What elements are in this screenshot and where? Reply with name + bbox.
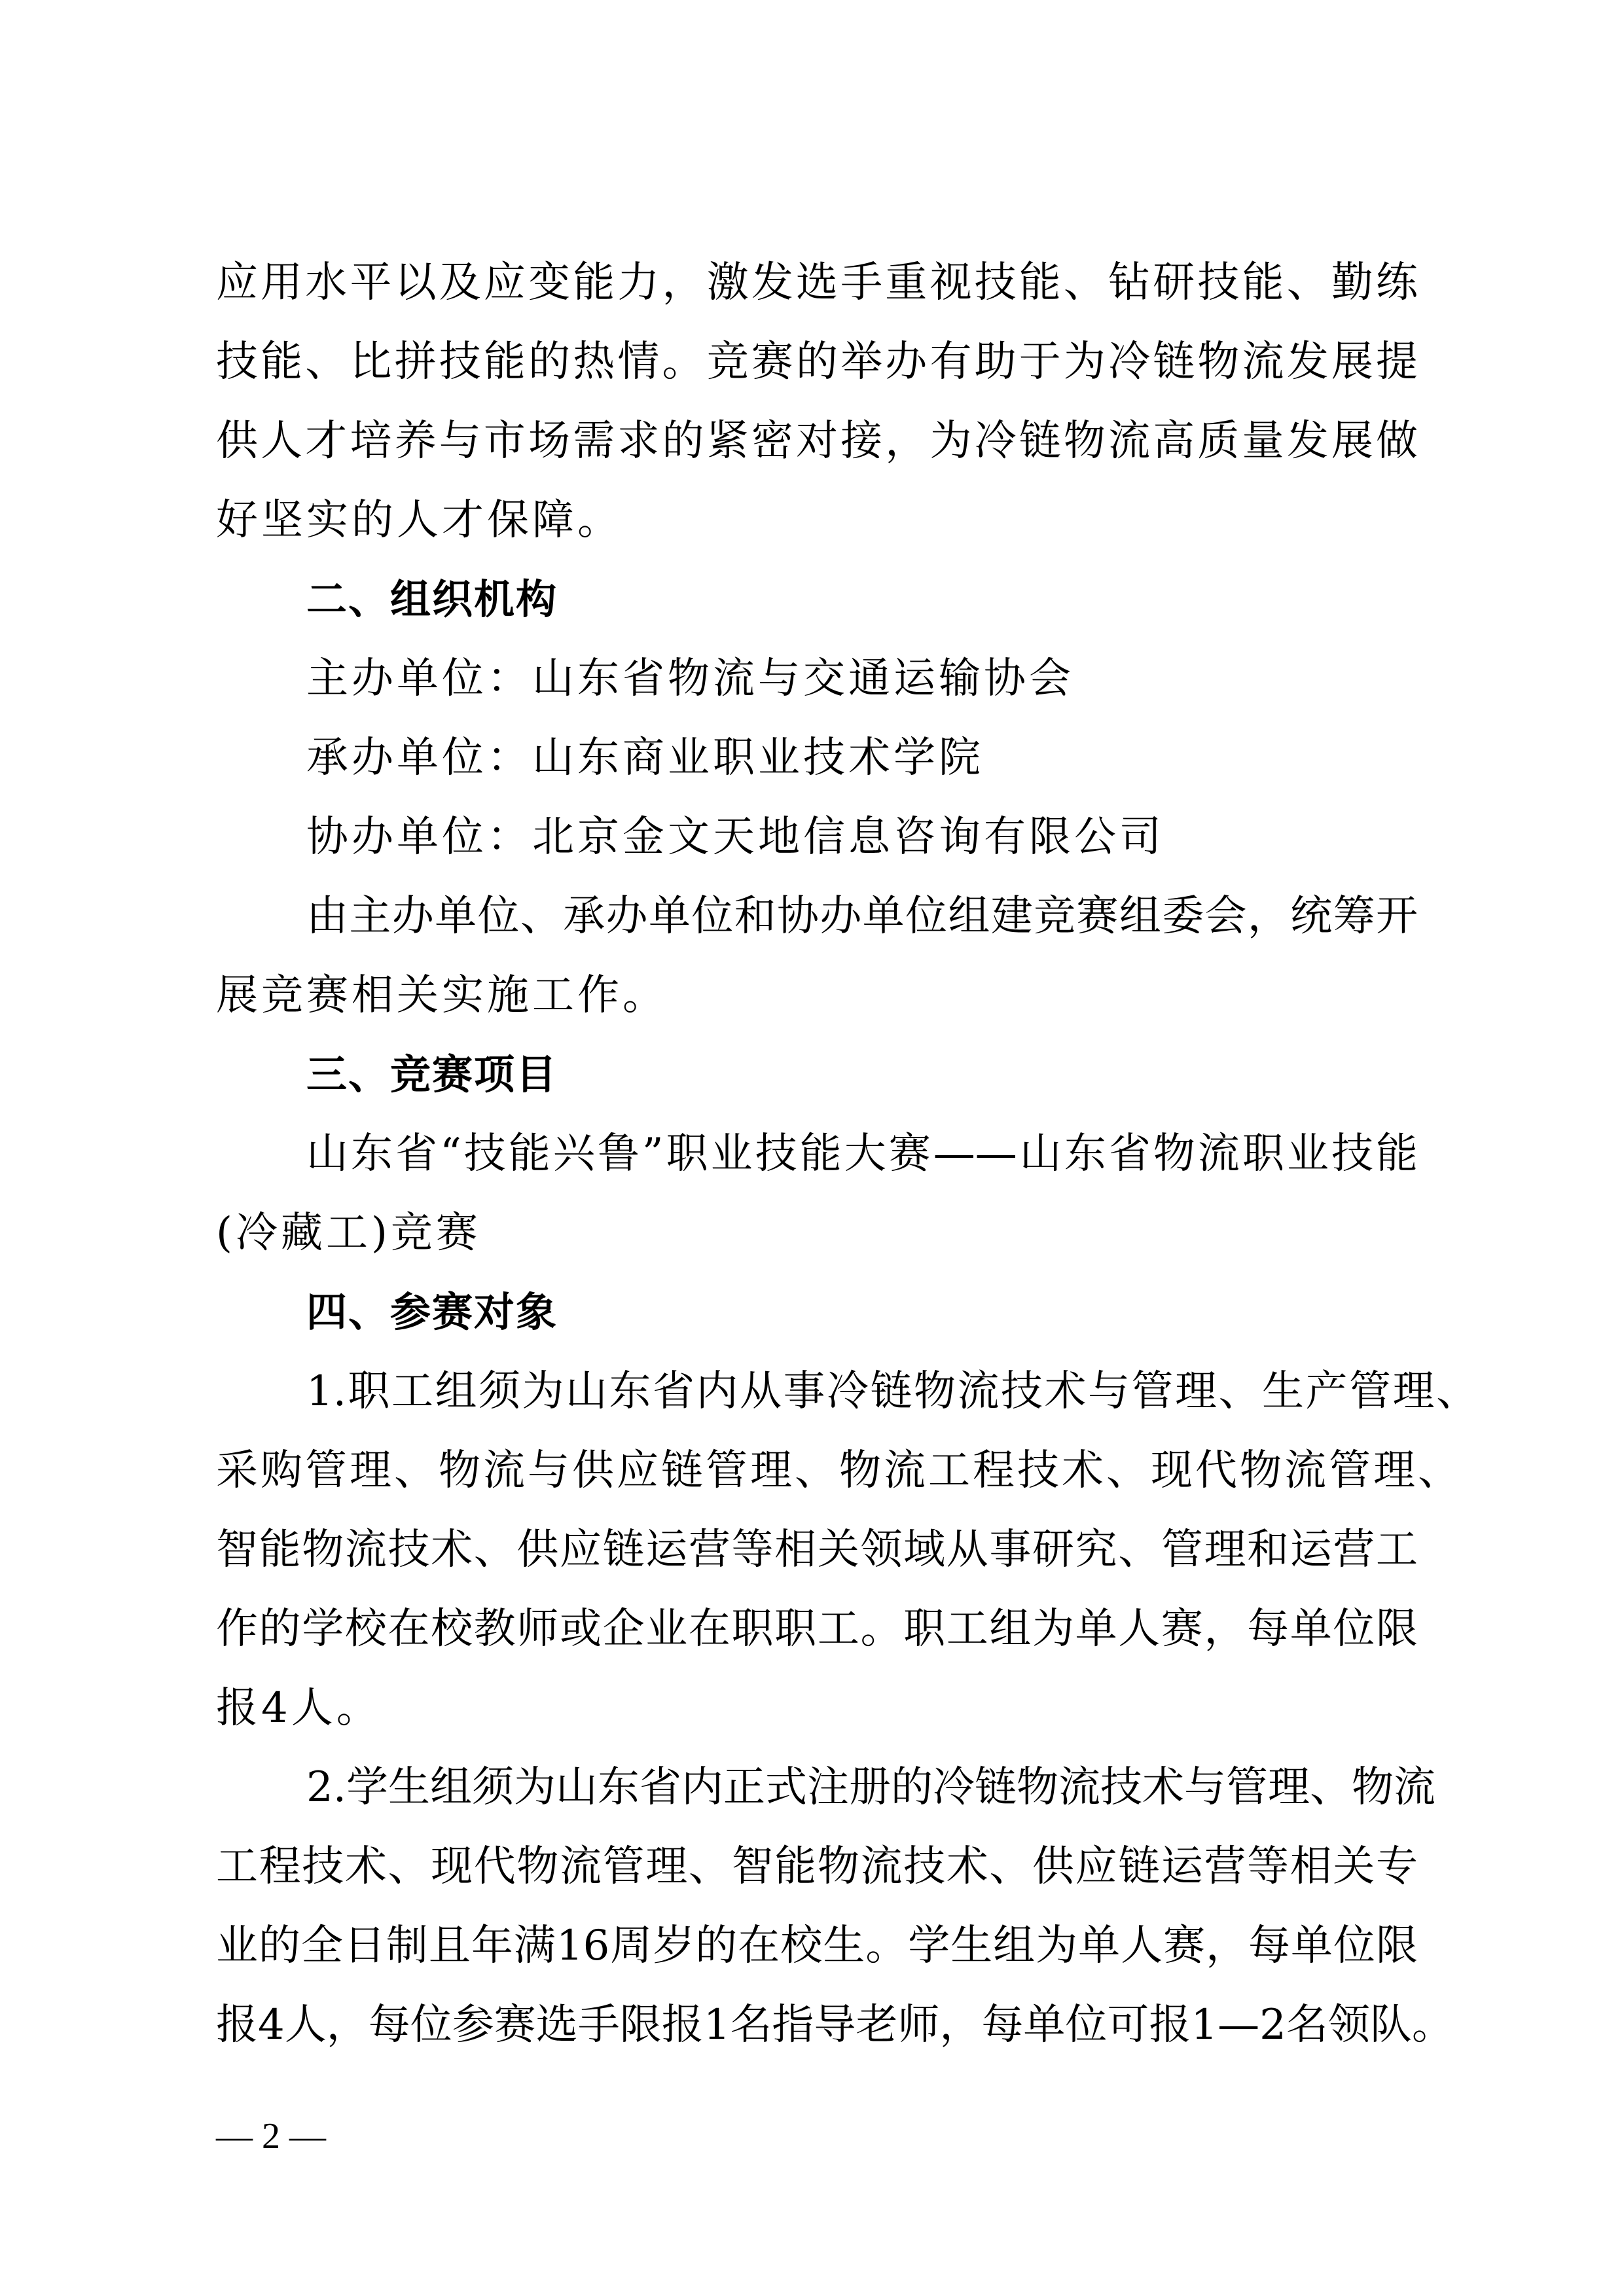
co-organizer-line: 协办单位：北京金文天地信息咨询有限公司 <box>306 811 1418 863</box>
body-text-line: 业的全日制且年满16周岁的在校生。学生组为单人赛，每单位限 <box>216 1920 1418 1972</box>
host-line: 承办单位：山东商业职业技术学院 <box>306 732 1418 784</box>
body-text-line: 由主办单位、承办单位和协办单位组建竞赛组委会，统筹开 <box>306 890 1418 942</box>
body-text-line: 2.学生组须为山东省内正式注册的冷链物流技术与管理、物流 <box>306 1761 1418 1814</box>
document-page: 应用水平以及应变能力，激发选手重视技能、钻研技能、勤练 技能、比拼技能的热情。竞… <box>0 0 1624 2296</box>
body-text-line: 技能、比拼技能的热情。竞赛的举办有助于为冷链物流发展提 <box>216 336 1418 388</box>
organizer-line: 主办单位：山东省物流与交通运输协会 <box>306 653 1418 705</box>
body-text-line: 智能物流技术、供应链运营等相关领域从事研究、管理和运营工 <box>216 1524 1418 1576</box>
body-text-line: 山东省“技能兴鲁”职业技能大赛——山东省物流职业技能 <box>306 1128 1418 1180</box>
body-text-line: 供人才培养与市场需求的紧密对接，为冷链物流高质量发展做 <box>216 415 1418 467</box>
section-heading-organization: 二、组织机构 <box>306 573 558 626</box>
body-text-line: 报4人。 <box>216 1682 382 1734</box>
body-text-line: 应用水平以及应变能力，激发选手重视技能、钻研技能、勤练 <box>216 257 1418 309</box>
section-heading-participants: 四、参赛对象 <box>306 1286 558 1338</box>
body-text-line: (冷藏工)竞赛 <box>216 1207 481 1259</box>
body-text-line: 报4人，每位参赛选手限报1名指导老师，每单位可报1—2名领队。 <box>216 1999 1418 2051</box>
body-text-line: 采购管理、物流与供应链管理、物流工程技术、现代物流管理、 <box>216 1444 1460 1497</box>
body-text-line: 工程技术、现代物流管理、智能物流技术、供应链运营等相关专 <box>216 1840 1418 1893</box>
body-text-line: 作的学校在校教师或企业在职职工。职工组为单人赛，每单位限 <box>216 1603 1418 1655</box>
body-text-line: 1.职工组须为山东省内从事冷链物流技术与管理、生产管理、 <box>306 1365 1478 1418</box>
section-heading-competition-item: 三、竞赛项目 <box>306 1049 558 1101</box>
body-text-line: 好坚实的人才保障。 <box>216 494 623 547</box>
page-number: — 2 — <box>216 2113 326 2160</box>
body-text-line: 展竞赛相关实施工作。 <box>216 969 668 1022</box>
